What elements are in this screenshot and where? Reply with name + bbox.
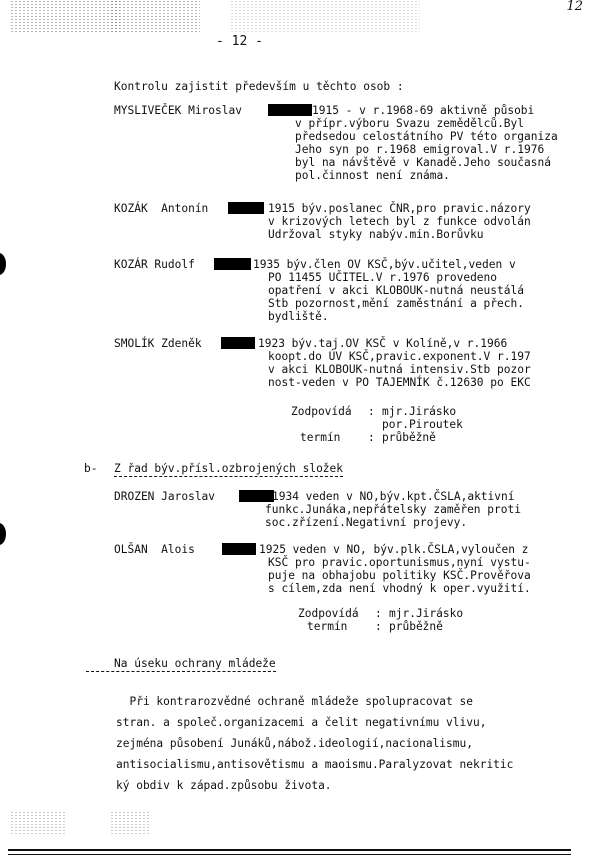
person-note: pol.činnost není známa. (295, 169, 450, 182)
responsible-name: mjr.Jirásko (389, 607, 463, 620)
term-value: průběžně (389, 620, 443, 633)
person-note: 1915 býv.poslanec ČNR,pro pravic.názory (268, 202, 531, 215)
person-note: Stb pozornost,mění zaměstnání a přech. (268, 297, 524, 310)
person-name: OLŠAN Alois (114, 543, 195, 556)
person-note: v krizových letech byl z funkce odvolán (268, 215, 531, 228)
section-title: Z řad býv.přísl.ozbrojených složek (114, 462, 343, 477)
responsible-name: mjr.Jirásko (382, 405, 456, 418)
responsible-name: por.Piroutek (382, 418, 463, 431)
scan-noise (10, 0, 120, 34)
person-note: bydliště. (268, 310, 329, 323)
person-name: MYSLIVEČEK Miroslav (114, 104, 242, 117)
redaction-bar (222, 543, 256, 555)
scan-noise (230, 0, 420, 34)
section-title: Na úseku ochrany mládeže (86, 657, 276, 672)
paragraph-line: Při kontrarozvědné ochraně mládeže spolu… (116, 695, 473, 708)
person-note: PO 11455 UČITEL.V r.1976 provedeno (268, 271, 497, 284)
person-note: byl na návštěvě v Kanadě.Jeho současná (295, 156, 551, 169)
sheet-number: 12 (566, 0, 583, 13)
paragraph-line: ký obdiv k západ.způsobu života. (116, 779, 332, 792)
scan-noise (110, 811, 150, 835)
person-name: SMOLÍK Zdeněk (114, 337, 202, 350)
person-note: funkc.Junáka,nepřátelsky zaměřen proti (265, 503, 521, 516)
person-note: 1925 veden v NO, býv.plk.ČSLA,vyloučen z (259, 543, 528, 556)
paragraph-line: zejména působení Junáků,nábož.ideologií,… (116, 737, 473, 750)
redaction-bar (228, 202, 264, 214)
section-marker: b- (84, 462, 97, 475)
person-note: nost-veden v PO TAJEMNÍK č.12630 po EKC (268, 376, 531, 389)
person-note: puje na obhajobu politiky KSČ.Prověřova (268, 569, 531, 582)
person-note: koopt.do ÚV KSČ,pravic.exponent.V r.197 (268, 350, 531, 363)
scan-noise (10, 811, 65, 835)
colon: : (368, 405, 375, 418)
colon: : (375, 607, 382, 620)
colon: : (375, 620, 382, 633)
person-note: KSČ pro pravic.oportunismus,nyní vystu- (268, 556, 531, 569)
punch-hole (0, 523, 6, 545)
person-note: opatření v akci KLOBOUK-nutná neustálá (268, 284, 524, 297)
colon: : (368, 431, 375, 444)
redaction-bar (268, 104, 312, 116)
term-label: termín (307, 620, 347, 633)
redaction-bar (221, 337, 255, 349)
redaction-bar (239, 490, 274, 502)
person-note: 1923 býv.taj.OV KSČ v Kolíně,v r.1966 (258, 337, 507, 350)
person-note: 1935 býv.člen OV KSČ,býv.učitel,veden v (253, 258, 516, 271)
person-name: DROZEN Jaroslav (114, 490, 215, 503)
paragraph-line: antisocialismu,antisovětismu a maoismu.P… (116, 758, 513, 771)
person-note: v akci KLOBOUK-nutná intensiv.Stb pozor (268, 363, 531, 376)
redaction-bar (214, 258, 251, 270)
scan-noise (110, 0, 200, 34)
page-edge-rule (8, 849, 571, 851)
term-label: termín (300, 431, 340, 444)
person-note: Udržoval styky nabýv.min.Borůvku (268, 228, 484, 241)
person-note: Jeho syn po r.1968 emigroval.V r.1976 (295, 143, 544, 156)
paragraph-line: stran. a společ.organizacemi a čelit neg… (116, 716, 486, 729)
responsible-label: Zodpovídá (298, 607, 359, 620)
page-header: - 12 - (216, 35, 263, 48)
intro-text: Kontrolu zajistit především u těchto oso… (114, 80, 404, 93)
term-value: průběžně (382, 431, 436, 444)
person-note: 1934 veden v NO,býv.kpt.ČSLA,aktivní (272, 490, 514, 503)
person-note: s cílem,zda není vhodný k oper.využití. (268, 582, 531, 595)
punch-hole (0, 253, 6, 275)
person-note: 1915 - v r.1968-69 aktivně působi (312, 104, 534, 117)
person-note: soc.zřízení.Negativní projevy. (265, 516, 467, 529)
person-name: KOZÁK Antonín (114, 202, 208, 215)
person-note: v přípr.výboru Svazu zemědělců.Byl (295, 117, 524, 130)
person-name: KOZÁR Rudolf (114, 258, 195, 271)
responsible-label: Zodpovídá (291, 405, 352, 418)
page-edge-rule (8, 854, 571, 855)
person-note: předsedou celostátního PV této organiza (295, 130, 558, 143)
